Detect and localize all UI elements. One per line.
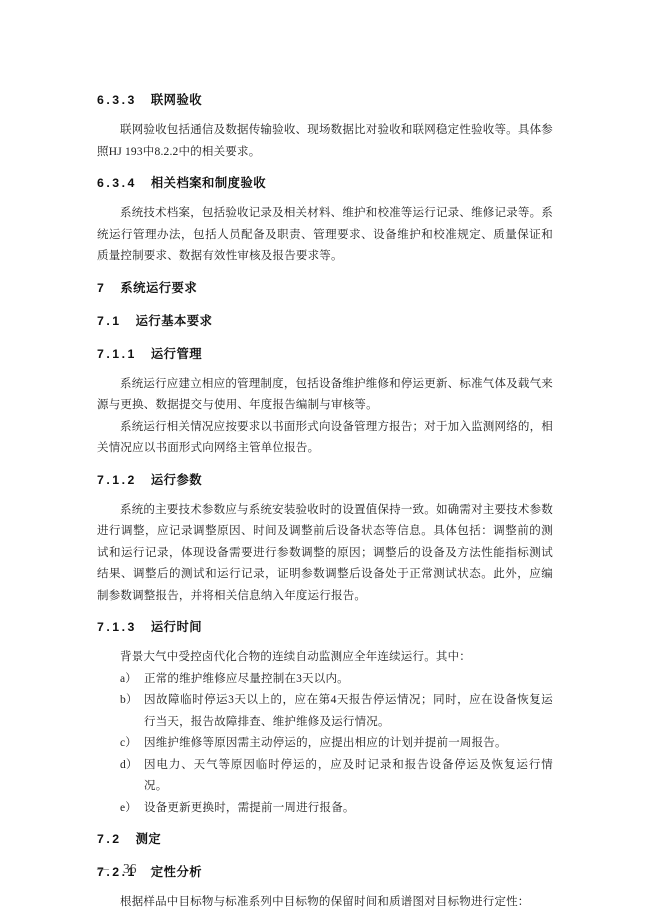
list-item-text: 正常的维护维修应尽量控制在3天以内。 — [144, 673, 349, 685]
list-marker: d） — [120, 755, 138, 777]
list-marker: e） — [120, 798, 137, 820]
section-heading-7-1-3: 7.1.3运行时间 — [97, 619, 553, 635]
list-item-a: a）正常的维护维修应尽量控制在3天以内。 — [97, 669, 553, 691]
list-item-text: 因故障临时停运3天以上的，应在第4天报告停运情况；同时，应在设备恢复运行当天，报… — [144, 694, 553, 728]
footer-dash-left: — — [97, 862, 109, 874]
heading-title: 测定 — [136, 832, 162, 846]
section-heading-7: 7系统运行要求 — [97, 280, 553, 296]
heading-title: 相关档案和制度验收 — [151, 176, 266, 190]
operation-time-list: a）正常的维护维修应尽量控制在3天以内。 b）因故障临时停运3天以上的，应在第4… — [97, 669, 553, 820]
list-item-e: e）设备更新更换时，需提前一周进行报备。 — [97, 798, 553, 820]
document-content: 6.3.3联网验收 联网验收包括通信及数据传输验收、现场数据比对验收和联网稳定性… — [97, 80, 553, 914]
heading-title: 运行基本要求 — [136, 314, 213, 328]
paragraph-operation-management-1: 系统运行应建立相应的管理制度，包括设备维护维修和停运更新、标准气体及载气来源与更… — [97, 374, 553, 417]
heading-title: 运行管理 — [151, 347, 202, 361]
list-item-text: 因电力、天气等原因临时停运的，应及时记录和报告设备停运及恢复运行情况。 — [144, 759, 553, 793]
heading-number: 7.1.2 — [97, 473, 137, 487]
heading-number: 7.1 — [97, 314, 122, 328]
list-marker: b） — [120, 690, 138, 712]
list-item-b: b）因故障临时停运3天以上的，应在第4天报告停运情况；同时，应在设备恢复运行当天… — [97, 690, 553, 733]
section-heading-7-1-1: 7.1.1运行管理 — [97, 346, 553, 362]
heading-title: 运行参数 — [151, 473, 202, 487]
page-number: 36 — [123, 862, 137, 876]
list-item-text: 因维护维修等原因需主动停运的，应提出相应的计划并提前一周报告。 — [144, 737, 507, 749]
heading-number: 7 — [97, 281, 106, 295]
paragraph-operation-time-intro: 背景大气中受控卤代化合物的连续自动监测应全年连续运行。其中： — [97, 647, 553, 669]
heading-title: 联网验收 — [151, 93, 202, 107]
section-heading-6-3-4: 6.3.4相关档案和制度验收 — [97, 175, 553, 191]
section-heading-7-1: 7.1运行基本要求 — [97, 313, 553, 329]
paragraph-operation-management-2: 系统运行相关情况应按要求以书面形式向设备管理方报告；对于加入监测网络的，相关情况… — [97, 417, 553, 460]
heading-number: 7.1.1 — [97, 347, 137, 361]
section-heading-7-2: 7.2测定 — [97, 831, 553, 847]
list-item-d: d）因电力、天气等原因临时停运的，应及时记录和报告设备停运及恢复运行情况。 — [97, 755, 553, 798]
document-page: 6.3.3联网验收 联网验收包括通信及数据传输验收、现场数据比对验收和联网稳定性… — [0, 0, 650, 919]
heading-number: 6.3.3 — [97, 93, 137, 107]
heading-number: 7.2 — [97, 832, 122, 846]
heading-number: 7.1.3 — [97, 620, 137, 634]
heading-number: 6.3.4 — [97, 176, 137, 190]
list-marker: a） — [120, 669, 137, 691]
paragraph-networking-acceptance: 联网验收包括通信及数据传输验收、现场数据比对验收和联网稳定性验收等。具体参照HJ… — [97, 120, 553, 163]
section-heading-7-1-2: 7.1.2运行参数 — [97, 472, 553, 488]
footer-dash-right: — — [151, 862, 163, 874]
list-item-text: 设备更新更换时，需提前一周进行报备。 — [144, 802, 355, 814]
section-heading-6-3-3: 6.3.3联网验收 — [97, 92, 553, 108]
list-item-c: c）因维护维修等原因需主动停运的，应提出相应的计划并提前一周报告。 — [97, 733, 553, 755]
heading-title: 运行时间 — [151, 620, 202, 634]
paragraph-archives-system: 系统技术档案，包括验收记录及相关材料、维护和校准等运行记录、维修记录等。系统运行… — [97, 203, 553, 268]
paragraph-qualitative-analysis: 根据样品中目标物与标准系列中目标物的保留时间和质谱图对目标物进行定性： — [97, 892, 553, 914]
list-marker: c） — [120, 733, 137, 755]
section-heading-7-2-1: 7.2.1定性分析 — [97, 864, 553, 880]
heading-title: 系统运行要求 — [120, 281, 197, 295]
paragraph-operation-parameters: 系统的主要技术参数应与系统安装验收时的设置值保持一致。如确需对主要技术参数进行调… — [97, 500, 553, 608]
page-footer: — 36 — — [97, 862, 163, 876]
